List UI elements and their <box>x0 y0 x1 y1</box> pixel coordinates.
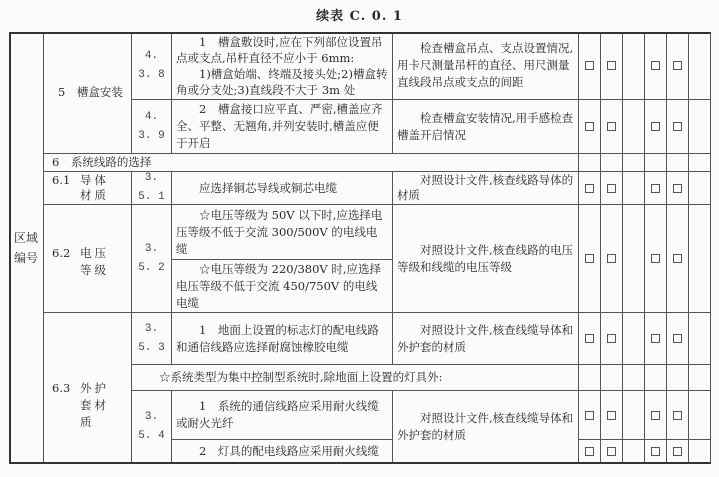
checkbox-cell[interactable] <box>645 391 667 440</box>
checkbox-cell[interactable] <box>667 313 689 365</box>
checkbox-cell <box>689 365 711 391</box>
checkbox-cell <box>623 172 645 205</box>
requirement-text: ☆电压等级为 50V 以下时,应选择电压等级不低于交流 300/500V 的电线… <box>176 207 388 258</box>
method-4-3-9: 检查槽盒安装情况,用手感检查槽盖开启情况 <box>393 100 579 154</box>
method-3-5-2: 对照设计文件,核查线路的电压等级和线缆的电压等级 <box>393 205 579 313</box>
subsection-6-3: 6.3 外护套材质 <box>44 313 132 464</box>
checkbox-cell <box>623 32 645 100</box>
checkbox-icon[interactable] <box>585 122 594 131</box>
checkbox-cell <box>623 365 645 391</box>
note-text: ☆系统类型为集中控制型系统时,除地面上设置的灯具外: <box>136 368 443 387</box>
checkbox-cell <box>689 313 711 365</box>
clause-3-5-2: 3. 5. 2 <box>132 205 172 313</box>
checkbox-cell[interactable] <box>667 440 689 464</box>
section-5-label: 5 槽盒安装 <box>44 32 132 154</box>
subsection-number: 6.2 <box>52 245 80 262</box>
clause-3-5-3: 3. 5. 3 <box>132 313 172 365</box>
checkbox-icon[interactable] <box>673 447 682 456</box>
checkbox-cell <box>623 100 645 154</box>
subsection-number: 6.1 <box>52 173 80 188</box>
checkbox-cell <box>601 154 623 172</box>
checkbox-icon[interactable] <box>607 61 616 70</box>
checkbox-icon[interactable] <box>651 447 660 456</box>
section-6-label: 6 系统线路的选择 <box>44 154 579 172</box>
requirement-subtext: 1)槽盒始端、终端及接头处;2)槽盒转角或分支处;3)直线段不大于 3m 处 <box>176 66 388 98</box>
checkbox-cell <box>623 205 645 313</box>
checkbox-cell[interactable] <box>601 205 623 313</box>
checkbox-icon[interactable] <box>607 411 616 420</box>
checkbox-cell <box>623 391 645 440</box>
checkbox-cell[interactable] <box>645 32 667 100</box>
checkbox-cell <box>689 32 711 100</box>
checkbox-icon[interactable] <box>651 61 660 70</box>
requirement-4-3-9: 2 槽盒接口应平直、严密,槽盖应齐全、平整、无翘角,并列安装时,槽盖应便于开启 <box>172 100 393 154</box>
checkbox-cell[interactable] <box>601 100 623 154</box>
checkbox-cell <box>579 365 601 391</box>
checkbox-icon[interactable] <box>585 334 594 343</box>
method-3-5-3: 对照设计文件,核查线缆导体和外护套的材质 <box>393 313 579 365</box>
subsection-name: 外护套材质 <box>80 380 120 431</box>
checkbox-cell[interactable] <box>645 205 667 313</box>
checkbox-icon[interactable] <box>585 447 594 456</box>
checkbox-cell[interactable] <box>579 172 601 205</box>
requirement-text: 2 槽盒接口应平直、严密,槽盖应齐全、平整、无翘角,并列安装时,槽盖应便于开启 <box>176 101 388 152</box>
checkbox-cell <box>579 154 601 172</box>
checkbox-icon[interactable] <box>673 254 682 263</box>
checkbox-cell[interactable] <box>645 172 667 205</box>
method-text: 对照设计文件,核查线缆导体和外护套的材质 <box>397 322 574 356</box>
method-4-3-8: 检查槽盒吊点、支点设置情况,用卡尺测量吊杆的直径、用尺测量直线段吊点或支点的间距 <box>393 32 579 100</box>
requirement-text: ☆电压等级为 220/380V 时,应选择电压等级不低于交流 450/750V … <box>176 261 388 312</box>
clause-4-3-9: 4. 3. 9 <box>132 100 172 154</box>
checkbox-icon[interactable] <box>651 411 660 420</box>
checkbox-icon[interactable] <box>607 334 616 343</box>
requirement-3-5-1: 应选择铜芯导线或铜芯电缆 <box>172 172 393 205</box>
checkbox-cell[interactable] <box>645 440 667 464</box>
requirement-3-5-2-b: ☆电压等级为 220/380V 时,应选择电压等级不低于交流 450/750V … <box>172 260 393 313</box>
checkbox-cell[interactable] <box>601 391 623 440</box>
requirement-text: 1 槽盒敷设时,应在下列部位设置吊点或支点,吊杆直径不应小于 6mm: <box>176 34 388 66</box>
checkbox-cell[interactable] <box>601 32 623 100</box>
region-number-label: 区域 编号 <box>9 32 44 464</box>
checkbox-cell <box>689 172 711 205</box>
checkbox-icon[interactable] <box>607 184 616 193</box>
requirement-4-3-8: 1 槽盒敷设时,应在下列部位设置吊点或支点,吊杆直径不应小于 6mm: 1)槽盒… <box>172 32 393 100</box>
checkbox-icon[interactable] <box>673 61 682 70</box>
checkbox-icon[interactable] <box>585 61 594 70</box>
checkbox-cell <box>689 154 711 172</box>
checkbox-cell <box>623 154 645 172</box>
clause-3-5-1: 3. 5. 1 <box>132 172 172 205</box>
checkbox-cell <box>689 100 711 154</box>
clause-3-5-4: 3. 5. 4 <box>132 391 172 464</box>
checkbox-cell <box>667 365 689 391</box>
checkbox-icon[interactable] <box>651 184 660 193</box>
checkbox-icon[interactable] <box>585 411 594 420</box>
method-text: 对照设计文件,核查线缆导体和外护套的材质 <box>397 410 574 444</box>
requirement-3-5-3: 1 地面上设置的标志灯的配电线路和通信线路应选择耐腐蚀橡胶电缆 <box>172 313 393 365</box>
checkbox-icon[interactable] <box>651 334 660 343</box>
checkbox-cell <box>623 440 645 464</box>
subsection-6-1: 6.1 导体材质 <box>44 172 132 205</box>
subsection-name: 电压等级 <box>80 245 120 279</box>
subsection-number: 6.3 <box>52 380 80 397</box>
table-title: 续表 C. 0. 1 <box>0 5 719 24</box>
checkbox-icon[interactable] <box>585 254 594 263</box>
checkbox-cell[interactable] <box>667 172 689 205</box>
method-3-5-4: 对照设计文件,核查线缆导体和外护套的材质 <box>393 391 579 464</box>
requirement-3-5-4-b: 2 灯具的配电线路应采用耐火线缆 <box>172 440 393 464</box>
checkbox-cell[interactable] <box>667 391 689 440</box>
checkbox-icon[interactable] <box>607 447 616 456</box>
subsection-6-2: 6.2 电压等级 <box>44 205 132 313</box>
requirement-3-5-2-a: ☆电压等级为 50V 以下时,应选择电压等级不低于交流 300/500V 的电线… <box>172 205 393 260</box>
method-text: 检查槽盒吊点、支点设置情况,用卡尺测量吊杆的直径、用尺测量直线段吊点或支点的间距 <box>397 40 574 91</box>
checkbox-icon[interactable] <box>673 411 682 420</box>
method-text: 检查槽盒安装情况,用手感检查槽盖开启情况 <box>397 110 574 144</box>
note-central-control: ☆系统类型为集中控制型系统时,除地面上设置的灯具外: <box>132 365 579 391</box>
checkbox-cell[interactable] <box>579 205 601 313</box>
checkbox-icon[interactable] <box>673 184 682 193</box>
checkbox-cell[interactable] <box>579 391 601 440</box>
method-text: 对照设计文件,核查线路的电压等级和线缆的电压等级 <box>397 242 574 276</box>
checkbox-icon[interactable] <box>607 122 616 131</box>
checkbox-cell <box>623 313 645 365</box>
checkbox-icon[interactable] <box>673 122 682 131</box>
checkbox-icon[interactable] <box>673 334 682 343</box>
checkbox-cell[interactable] <box>579 313 601 365</box>
checkbox-cell[interactable] <box>579 440 601 464</box>
checkbox-cell <box>689 205 711 313</box>
checkbox-cell[interactable] <box>601 440 623 464</box>
checkbox-cell <box>689 391 711 440</box>
checkbox-cell <box>601 365 623 391</box>
checkbox-cell[interactable] <box>601 313 623 365</box>
checkbox-cell[interactable] <box>645 100 667 154</box>
checkbox-cell <box>667 154 689 172</box>
checkbox-cell <box>645 154 667 172</box>
requirement-text: 1 地面上设置的标志灯的配电线路和通信线路应选择耐腐蚀橡胶电缆 <box>176 322 388 356</box>
clause-4-3-8: 4. 3. 8 <box>132 32 172 100</box>
subsection-name: 导体材质 <box>80 173 120 203</box>
requirement-text: 应选择铜芯导线或铜芯电缆 <box>176 179 337 198</box>
method-text: 对照设计文件,核查线路导体的材质 <box>397 173 574 203</box>
requirement-text: 1 系统的通信线路应采用耐火线缆或耐火光纤 <box>176 398 388 432</box>
method-3-5-1: 对照设计文件,核查线路导体的材质 <box>393 172 579 205</box>
requirement-3-5-4-a: 1 系统的通信线路应采用耐火线缆或耐火光纤 <box>172 391 393 440</box>
checkbox-cell[interactable] <box>667 100 689 154</box>
checkbox-cell[interactable] <box>667 32 689 100</box>
checkbox-cell[interactable] <box>645 313 667 365</box>
checkbox-icon[interactable] <box>651 254 660 263</box>
checkbox-cell <box>689 440 711 464</box>
checkbox-cell[interactable] <box>667 205 689 313</box>
checkbox-cell[interactable] <box>601 172 623 205</box>
checkbox-icon[interactable] <box>607 254 616 263</box>
checkbox-cell[interactable] <box>579 32 601 100</box>
requirement-text: 2 灯具的配电线路应采用耐火线缆 <box>176 442 379 461</box>
checkbox-icon[interactable] <box>585 184 594 193</box>
checkbox-icon[interactable] <box>651 122 660 131</box>
checkbox-cell <box>645 365 667 391</box>
checkbox-cell[interactable] <box>579 100 601 154</box>
